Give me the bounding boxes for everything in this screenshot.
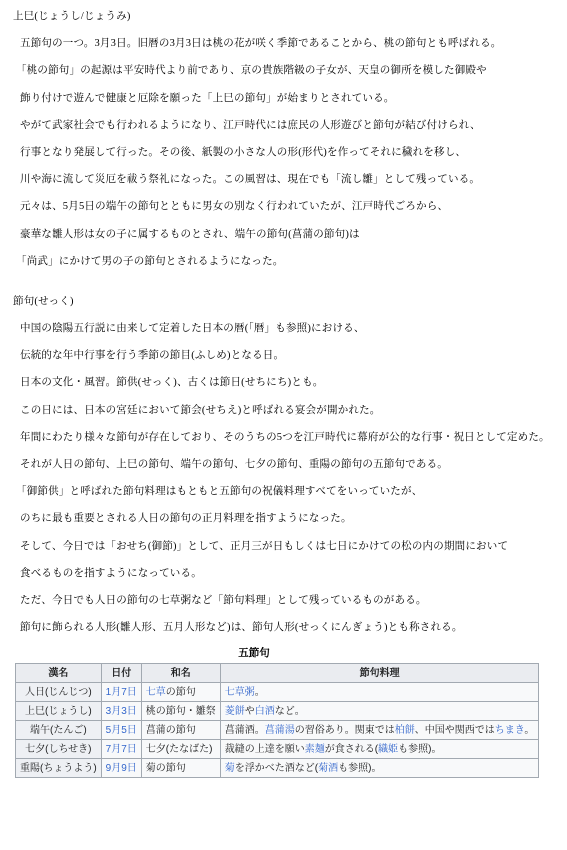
table-row: 人日(じんじつ)1月7日七草の節句七草粥。	[16, 683, 539, 702]
wiki-link[interactable]: 柏餅	[395, 725, 415, 736]
text-line: 川や海に流して災厄を祓う祭礼になった。この風習は、現在でも「流し雛」として残って…	[0, 166, 567, 193]
date-link[interactable]: 1月7日	[106, 687, 137, 698]
text-line: 日本の文化・風習。節供(せっく)、古くは節日(せちにち)とも。	[0, 369, 567, 396]
table-row: 上巳(じょうし)3月3日桃の節句・雛祭菱餅や白酒など。	[16, 702, 539, 721]
cell-wamei: 七夕(たなばた)	[141, 740, 220, 759]
table-row: 重陽(ちょうよう)9月9日菊の節句菊を浮かべた酒など(菊酒も参照)。	[16, 759, 539, 778]
cell-date: 3月3日	[101, 702, 141, 721]
wiki-link[interactable]: 菖蒲湯	[265, 725, 295, 736]
table-caption: 五節句	[15, 645, 493, 661]
cell-kanmei: 重陽(ちょうよう)	[16, 759, 102, 778]
text-segment: 桃の節句・雛祭	[146, 706, 216, 717]
cell-cuisine: 菱餅や白酒など。	[220, 702, 539, 721]
text-segment: も参照)。	[398, 744, 441, 755]
cell-cuisine: 裁縫の上達を願い素麺が食される(織姫も参照)。	[220, 740, 539, 759]
text-line: 「御節供」と呼ばれた節句料理はもともと五節句の祝儀料理すべてをいっていたが、	[0, 478, 567, 505]
date-link[interactable]: 9月9日	[106, 763, 137, 774]
section-heading: 節句(せっく)	[0, 288, 567, 315]
text-segment: を浮かべた酒など(	[235, 763, 318, 774]
text-line: 飾り付けで遊んで健康と厄除を願った「上巳の節句」が始まりとされている。	[0, 85, 567, 112]
text-segment: の習俗あり。関東では	[295, 725, 395, 736]
cell-kanmei: 七夕(しちせき)	[16, 740, 102, 759]
wiki-link[interactable]: 七草粥	[225, 687, 255, 698]
text-line: のちに最も重要とされる人日の節句の正月料理を指すようになった。	[0, 505, 567, 532]
document-page: 上巳(じょうし/じょうみ)五節句の一つ。3月3日。旧暦の3月3日は桃の花が咲く季…	[0, 0, 567, 850]
text-segment: 七夕(たなばた)	[146, 744, 213, 755]
date-link[interactable]: 5月5日	[106, 725, 137, 736]
cell-kanmei: 人日(じんじつ)	[16, 683, 102, 702]
text-segment: 、中国や関西では	[415, 725, 495, 736]
cell-wamei: 桃の節句・雛祭	[141, 702, 220, 721]
cell-date: 7月7日	[101, 740, 141, 759]
text-segment: 裁縫の上達を願い	[225, 744, 305, 755]
column-header: 節句料理	[220, 664, 539, 683]
cell-date: 9月9日	[101, 759, 141, 778]
section-heading: 上巳(じょうし/じょうみ)	[0, 3, 567, 30]
cell-date: 5月5日	[101, 721, 141, 740]
cell-cuisine: 菖蒲酒。菖蒲湯の習俗あり。関東では柏餅、中国や関西ではちまき。	[220, 721, 539, 740]
wiki-link[interactable]: 織姫	[378, 744, 398, 755]
text-line: やがて武家社会でも行われるようになり、江戸時代には庶民の人形遊びと節句が結び付け…	[0, 112, 567, 139]
cell-wamei: 七草の節句	[141, 683, 220, 702]
text-line: ただ、今日でも人日の節句の七草粥など「節句料理」として残っているものがある。	[0, 587, 567, 614]
text-line: そして、今日では「おせち(御節)」として、正月三が日もしくは七日にかけての松の内…	[0, 533, 567, 560]
table-header: 漢名日付和名節句料理	[16, 664, 539, 683]
text-segment: 菖蒲の節句	[146, 725, 196, 736]
column-header: 日付	[101, 664, 141, 683]
text-segment: 菖蒲酒。	[225, 725, 265, 736]
text-line: 中国の陰陽五行説に由来して定着した日本の暦(「暦」も参照)における、	[0, 315, 567, 342]
text-line: 節句に飾られる人形(雛人形、五月人形など)は、節句人形(せっくにんぎょう)とも称…	[0, 614, 567, 641]
text-line: 五節句の一つ。3月3日。旧暦の3月3日は桃の花が咲く季節であることから、桃の節句…	[0, 30, 567, 57]
gosekku-table: 漢名日付和名節句料理 人日(じんじつ)1月7日七草の節句七草粥。上巳(じょうし)…	[15, 663, 539, 778]
wiki-link[interactable]: ちまき	[495, 725, 525, 736]
text-segment: や	[245, 706, 255, 717]
text-line: この日には、日本の宮廷において節会(せちえ)と呼ばれる宴会が開かれた。	[0, 397, 567, 424]
text-segment: など。	[275, 706, 305, 717]
cell-date: 1月7日	[101, 683, 141, 702]
wiki-link[interactable]: 素麺	[305, 744, 325, 755]
cell-kanmei: 上巳(じょうし)	[16, 702, 102, 721]
text-line: 食べるものを指すようになっている。	[0, 560, 567, 587]
text-segment: 。	[255, 687, 265, 698]
text-line: 元々は、5月5日の端午の節句とともに男女の別なく行われていたが、江戸時代ごろから…	[0, 193, 567, 220]
table-row: 七夕(しちせき)7月7日七夕(たなばた)裁縫の上達を願い素麺が食される(織姫も参…	[16, 740, 539, 759]
article: 上巳(じょうし/じょうみ)五節句の一つ。3月3日。旧暦の3月3日は桃の花が咲く季…	[0, 0, 567, 641]
text-segment: 。	[524, 725, 534, 736]
cell-wamei: 菖蒲の節句	[141, 721, 220, 740]
table-row: 端午(たんご)5月5日菖蒲の節句菖蒲酒。菖蒲湯の習俗あり。関東では柏餅、中国や関…	[16, 721, 539, 740]
header-row: 漢名日付和名節句料理	[16, 664, 539, 683]
text-line: 行事となり発展して行った。その後、紙製の小さな人の形(形代)を作ってそれに穢れを…	[0, 139, 567, 166]
text-segment: 菊の節句	[146, 763, 186, 774]
column-header: 漢名	[16, 664, 102, 683]
column-header: 和名	[141, 664, 220, 683]
text-line: 伝統的な年中行事を行う季節の節目(ふしめ)となる日。	[0, 342, 567, 369]
text-line: 豪華な雛人形は女の子に属するものとされ、端午の節句(菖蒲の節句)は	[0, 221, 567, 248]
wiki-link[interactable]: 菊酒	[318, 763, 338, 774]
date-link[interactable]: 3月3日	[106, 706, 137, 717]
date-link[interactable]: 7月7日	[106, 744, 137, 755]
table-body: 人日(じんじつ)1月7日七草の節句七草粥。上巳(じょうし)3月3日桃の節句・雛祭…	[16, 683, 539, 778]
wiki-link[interactable]: 菱餅	[225, 706, 245, 717]
text-segment: が食される(	[325, 744, 378, 755]
text-line: 年間にわたり様々な節句が存在しており、そのうちの5つを江戸時代に幕府が公的な行事…	[0, 424, 567, 451]
cell-wamei: 菊の節句	[141, 759, 220, 778]
text-segment: も参照)。	[338, 763, 381, 774]
text-segment: の節句	[166, 687, 196, 698]
text-line: それが人日の節句、上巳の節句、端午の節句、七夕の節句、重陽の節句の五節句である。	[0, 451, 567, 478]
text-line: 「桃の節句」の起源は平安時代より前であり、京の貴族階級の子女が、天皇の御所を模し…	[0, 57, 567, 84]
wiki-link[interactable]: 菊	[225, 763, 235, 774]
cell-cuisine: 菊を浮かべた酒など(菊酒も参照)。	[220, 759, 539, 778]
wiki-link[interactable]: 七草	[146, 687, 166, 698]
cell-kanmei: 端午(たんご)	[16, 721, 102, 740]
cell-cuisine: 七草粥。	[220, 683, 539, 702]
text-line: 「尚武」にかけて男の子の節句とされるようになった。	[0, 248, 567, 275]
wiki-link[interactable]: 白酒	[255, 706, 275, 717]
